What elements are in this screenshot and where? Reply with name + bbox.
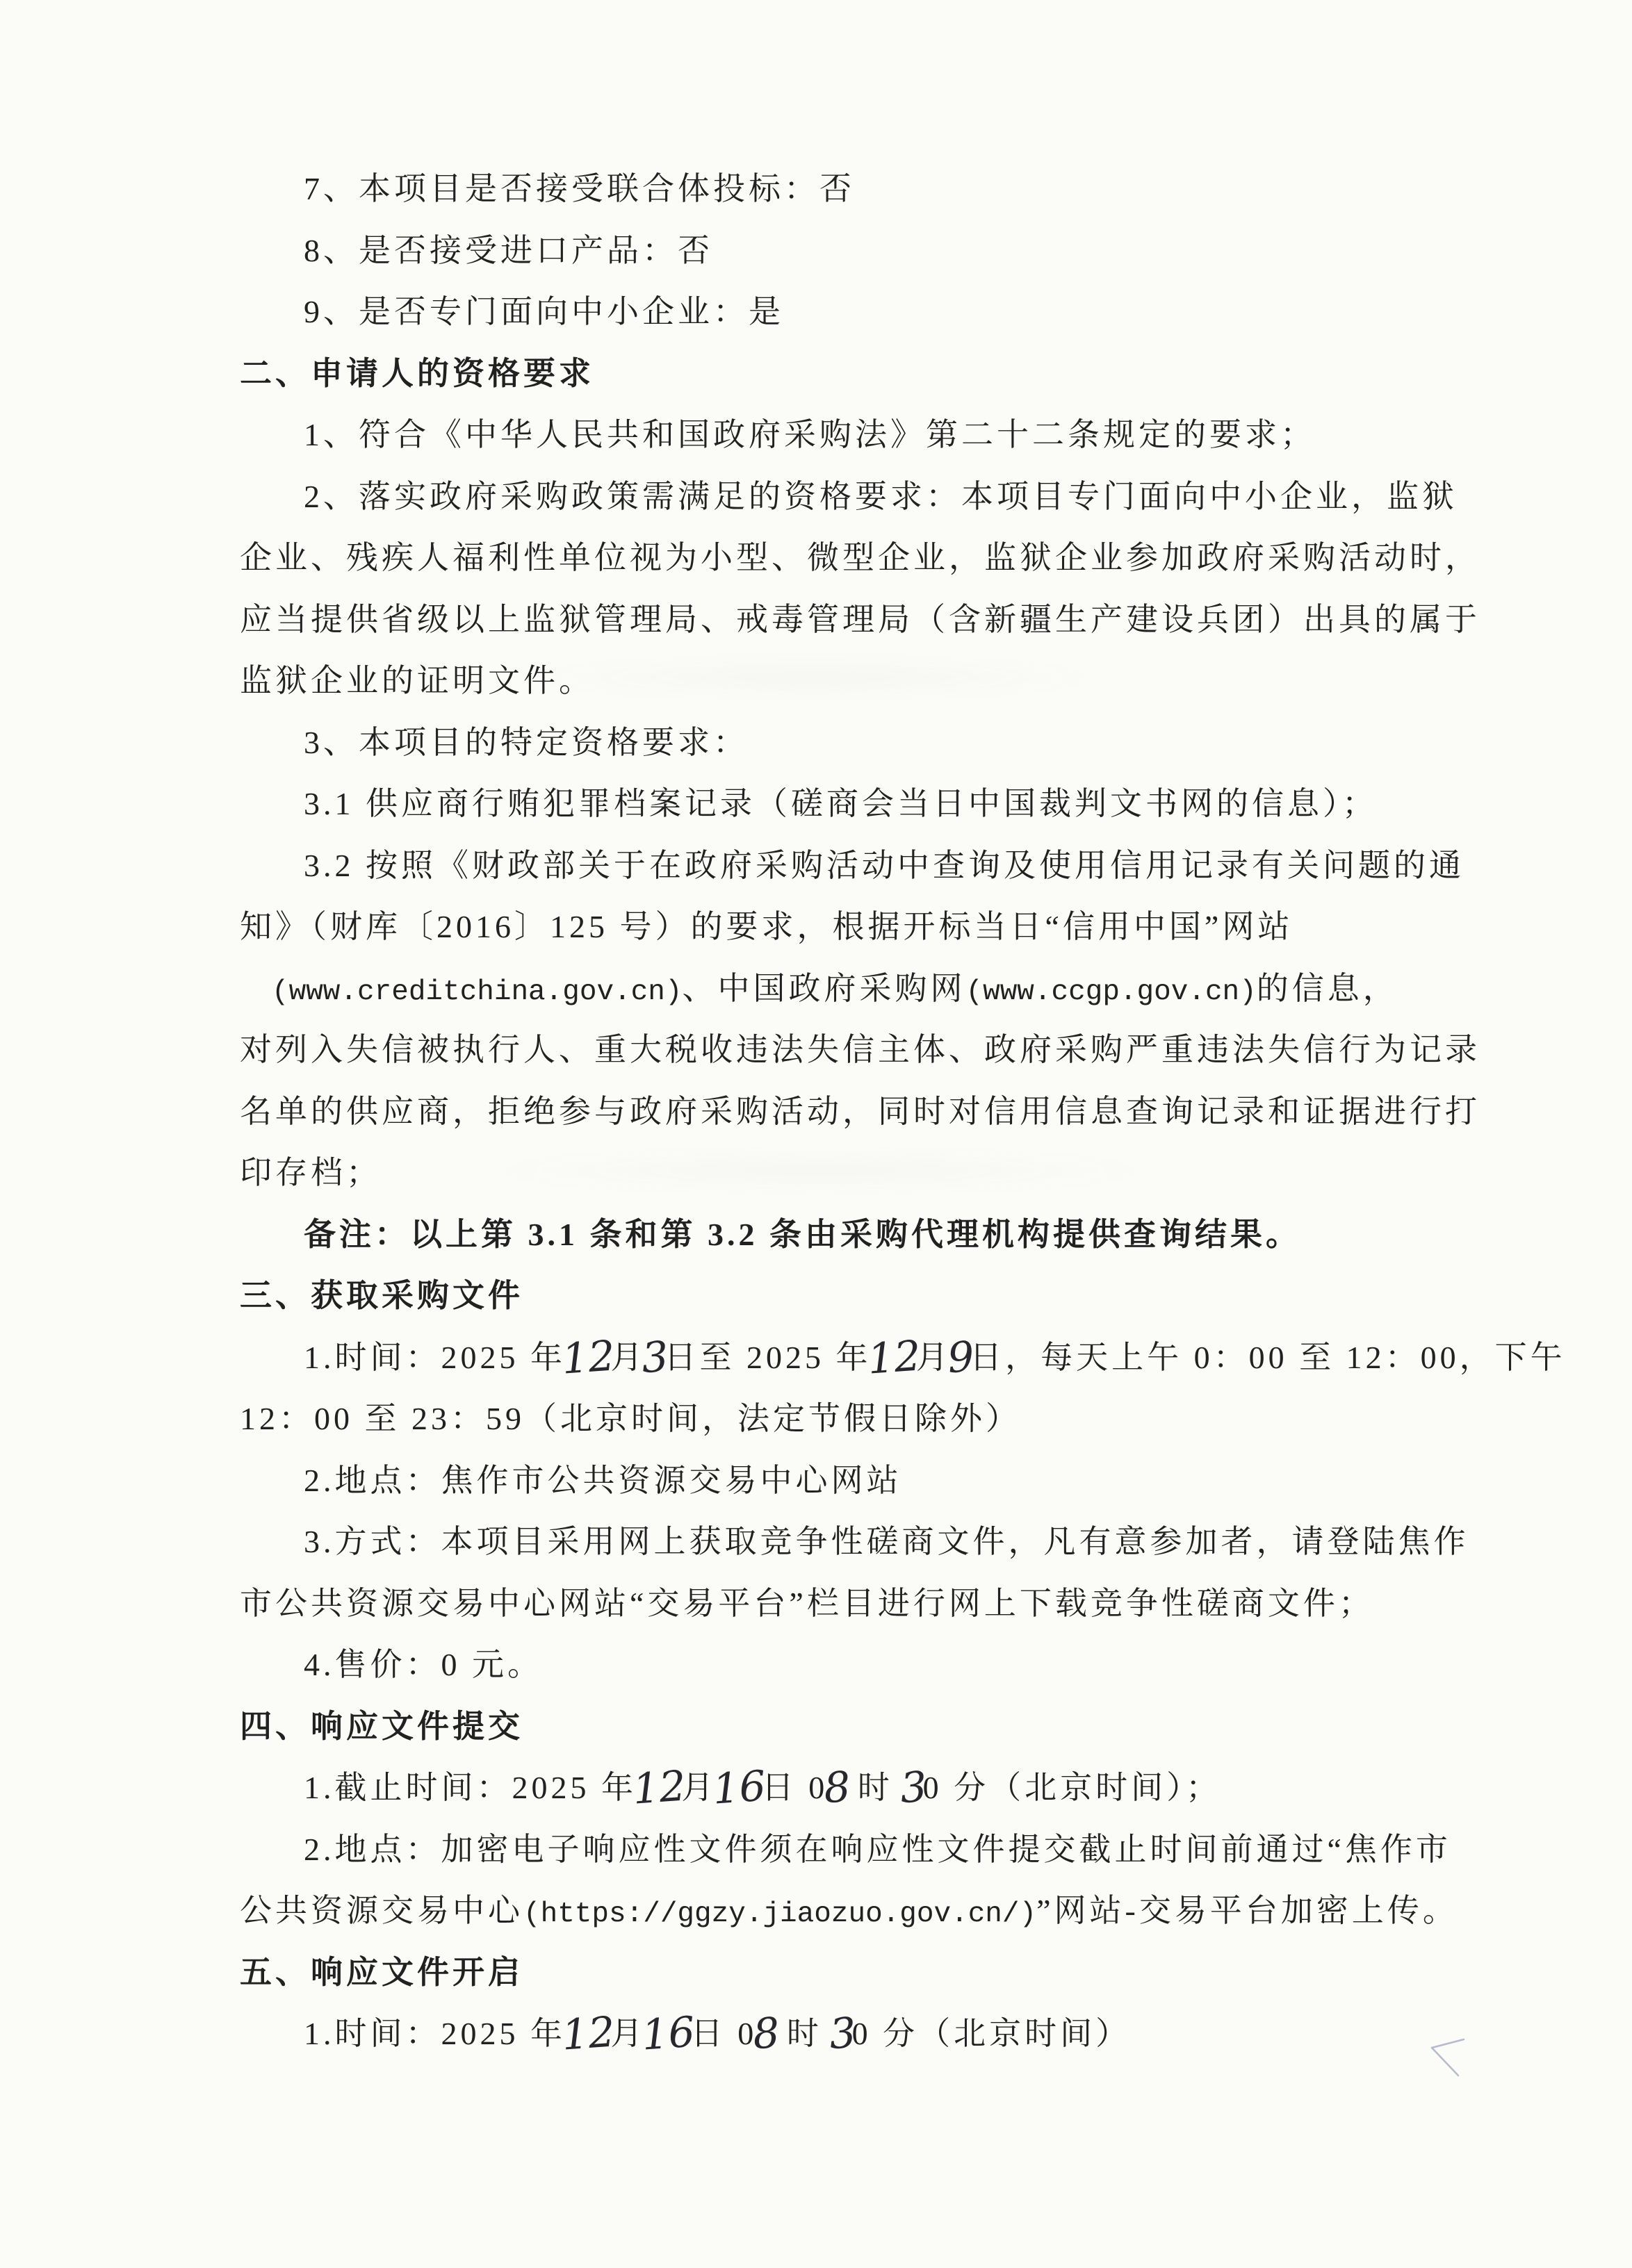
text-run: 0 分（北京时间）； (923, 1770, 1222, 1805)
text-run: ”网站-交易平台加密上传。 (1036, 1893, 1458, 1928)
url-text: (www.creditchina.gov.cn) (272, 976, 683, 1008)
document-line: 名单的供应商，拒绝参与政府采购活动，同时对信用信息查询记录和证据进行打 (240, 1081, 1574, 1143)
text-run: 日 0 (691, 2016, 758, 2051)
document-line: 1.时间：2025 年12月16日 08 时 30 分（北京时间） (240, 2003, 1574, 2065)
handwritten-text: 16 (641, 2011, 696, 2056)
text-run: 备注：以上第 3.1 条和第 3.2 条由采购代理机构提供查询结果。 (304, 1217, 1301, 1252)
text-run: 1.时间：2025 年 (304, 2016, 566, 2051)
text-run: 12：00 至 23：59（北京时间，法定节假日除外） (240, 1401, 1021, 1436)
handwritten-text: 16 (712, 1765, 767, 1810)
text-run: 二、申请人的资格要求 (240, 356, 594, 391)
scanned-document-page: 7、本项目是否接受联合体投标：否8、是否接受进口产品：否9、是否专门面向中小企业… (0, 0, 1632, 2268)
url-text: (https://ggzy.jiaozuo.gov.cn/) (523, 1898, 1036, 1930)
handwritten-text: 12 (631, 1765, 687, 1810)
document-body: 7、本项目是否接受联合体投标：否8、是否接受进口产品：否9、是否专门面向中小企业… (240, 158, 1574, 2065)
document-line: 企业、残疾人福利性单位视为小型、微型企业，监狱企业参加政府采购活动时， (240, 527, 1574, 589)
text-run: 应当提供省级以上监狱管理局、戒毒管理局（含新疆生产建设兵团）出具的属于 (240, 602, 1480, 637)
text-run: 4.售价：0 元。 (304, 1647, 543, 1682)
document-line: 4.售价：0 元。 (240, 1634, 1574, 1696)
document-line: 备注：以上第 3.1 条和第 3.2 条由采购代理机构提供查询结果。 (240, 1204, 1574, 1266)
document-line: 1.截止时间：2025 年12月16日 08 时 30 分（北京时间）； (240, 1757, 1574, 1819)
text-run: 日至 2025 年 (664, 1340, 872, 1375)
document-line: 应当提供省级以上监狱管理局、戒毒管理局（含新疆生产建设兵团）出具的属于 (240, 589, 1574, 651)
text-run: 企业、残疾人福利性单位视为小型、微型企业，监狱企业参加政府采购活动时， (240, 540, 1480, 575)
text-run: 名单的供应商，拒绝参与政府采购活动，同时对信用信息查询记录和证据进行打 (240, 1094, 1480, 1129)
document-line: 3.2 按照《财政部关于在政府采购活动中查询及使用信用记录有关问题的通 (240, 835, 1574, 897)
text-run: 8、是否接受进口产品：否 (304, 233, 713, 268)
handwritten-text: 9 (946, 1336, 975, 1379)
text-run: 时 (775, 2016, 833, 2051)
handwritten-text: 12 (560, 2011, 616, 2056)
section-heading: 三、获取采购文件 (240, 1265, 1574, 1327)
text-run: 公共资源交易中心 (240, 1893, 523, 1928)
text-run: 印存档； (240, 1155, 382, 1190)
document-line: 3.1 供应商行贿犯罪档案记录（磋商会当日中国裁判文书网的信息）； (240, 773, 1574, 835)
document-line: 7、本项目是否接受联合体投标：否 (240, 158, 1574, 220)
text-run: 2、落实政府采购政策需满足的资格要求：本项目专门面向中小企业，监狱 (304, 479, 1458, 514)
text-run: 四、响应文件提交 (240, 1709, 523, 1744)
url-text: (www.ccgp.gov.cn) (966, 976, 1257, 1008)
text-run: 7、本项目是否接受联合体投标：否 (304, 171, 855, 206)
section-heading: 五、响应文件开启 (240, 1942, 1574, 2004)
document-line: 12：00 至 23：59（北京时间，法定节假日除外） (240, 1388, 1574, 1450)
handwritten-text: 12 (866, 1335, 922, 1380)
document-line: (www.creditchina.gov.cn)、中国政府采购网(www.ccg… (240, 958, 1574, 1020)
document-line: 公共资源交易中心(https://ggzy.jiaozuo.gov.cn/)”网… (240, 1880, 1574, 1942)
document-line: 对列入失信被执行人、重大税收违法失信主体、政府采购严重违法失信行为记录 (240, 1019, 1574, 1081)
document-line: 1.时间：2025 年12月3日至 2025 年12月9日，每天上午 0：00 … (240, 1327, 1574, 1389)
text-run: 、中国政府采购网 (683, 971, 966, 1006)
section-heading: 四、响应文件提交 (240, 1696, 1574, 1758)
handwritten-text: 3 (899, 1766, 929, 1810)
text-run: 市公共资源交易中心网站“交易平台”栏目进行网上下载竞争性磋商文件； (240, 1586, 1374, 1621)
handwritten-text: 8 (823, 1766, 852, 1810)
text-run: 对列入失信被执行人、重大税收违法失信主体、政府采购严重违法失信行为记录 (240, 1032, 1480, 1067)
text-run: 9、是否专门面向中小企业：是 (304, 294, 784, 329)
document-line: 8、是否接受进口产品：否 (240, 220, 1574, 282)
text-run: 的信息， (1257, 971, 1398, 1006)
text-run: 五、响应文件开启 (240, 1955, 523, 1990)
document-line: 2.地点：焦作市公共资源交易中心网站 (240, 1450, 1574, 1512)
handwritten-text: 8 (752, 2012, 781, 2056)
document-line: 2.地点：加密电子响应性文件须在响应性文件提交截止时间前通过“焦作市 (240, 1819, 1574, 1881)
text-run: 2.地点：焦作市公共资源交易中心网站 (304, 1463, 902, 1498)
document-line: 1、符合《中华人民共和国政府采购法》第二十二条规定的要求； (240, 404, 1574, 466)
section-heading: 二、申请人的资格要求 (240, 343, 1574, 405)
document-line: 监狱企业的证明文件。 (240, 650, 1574, 712)
text-run: 3.1 供应商行贿犯罪档案记录（磋商会当日中国裁判文书网的信息）； (304, 786, 1378, 821)
text-run: 1.截止时间：2025 年 (304, 1770, 637, 1805)
document-line: 3.方式：本项目采用网上获取竞争性磋商文件，凡有意参加者，请登陆焦作 (240, 1511, 1574, 1573)
document-line: 市公共资源交易中心网站“交易平台”栏目进行网上下载竞争性磋商文件； (240, 1573, 1574, 1635)
text-run: 日 0 (762, 1770, 829, 1805)
document-line: 3、本项目的特定资格要求： (240, 712, 1574, 774)
text-run: 日，每天上午 0：00 至 12：00，下午 (970, 1340, 1566, 1375)
document-line: 知》（财库〔2016〕125 号）的要求，根据开标当日“信用中国”网站 (240, 896, 1574, 958)
document-line: 印存档； (240, 1142, 1574, 1204)
text-run: 时 (846, 1770, 904, 1805)
document-line: 9、是否专门面向中小企业：是 (240, 281, 1574, 343)
text-run: 0 分（北京时间） (852, 2016, 1132, 2051)
text-run: 3.2 按照《财政部关于在政府采购活动中查询及使用信用记录有关问题的通 (304, 848, 1464, 883)
document-line: 2、落实政府采购政策需满足的资格要求：本项目专门面向中小企业，监狱 (240, 466, 1574, 528)
handwritten-text: 3 (829, 2012, 858, 2056)
handwritten-text: 3 (641, 1336, 670, 1379)
text-run: 知》（财库〔2016〕125 号）的要求，根据开标当日“信用中国”网站 (240, 909, 1293, 944)
text-run: 三、获取采购文件 (240, 1278, 523, 1313)
handwritten-text: 12 (560, 1335, 616, 1380)
text-run: 1.时间：2025 年 (304, 1340, 566, 1375)
text-run: 1、符合《中华人民共和国政府采购法》第二十二条规定的要求； (304, 417, 1316, 452)
text-run: 3、本项目的特定资格要求： (304, 725, 749, 760)
text-run: 2.地点：加密电子响应性文件须在响应性文件提交截止时间前通过“焦作市 (304, 1832, 1451, 1867)
text-run: 3.方式：本项目采用网上获取竞争性磋商文件，凡有意参加者，请登陆焦作 (304, 1524, 1469, 1559)
text-run: 监狱企业的证明文件。 (240, 663, 594, 698)
pen-checkmark (1423, 2032, 1472, 2081)
